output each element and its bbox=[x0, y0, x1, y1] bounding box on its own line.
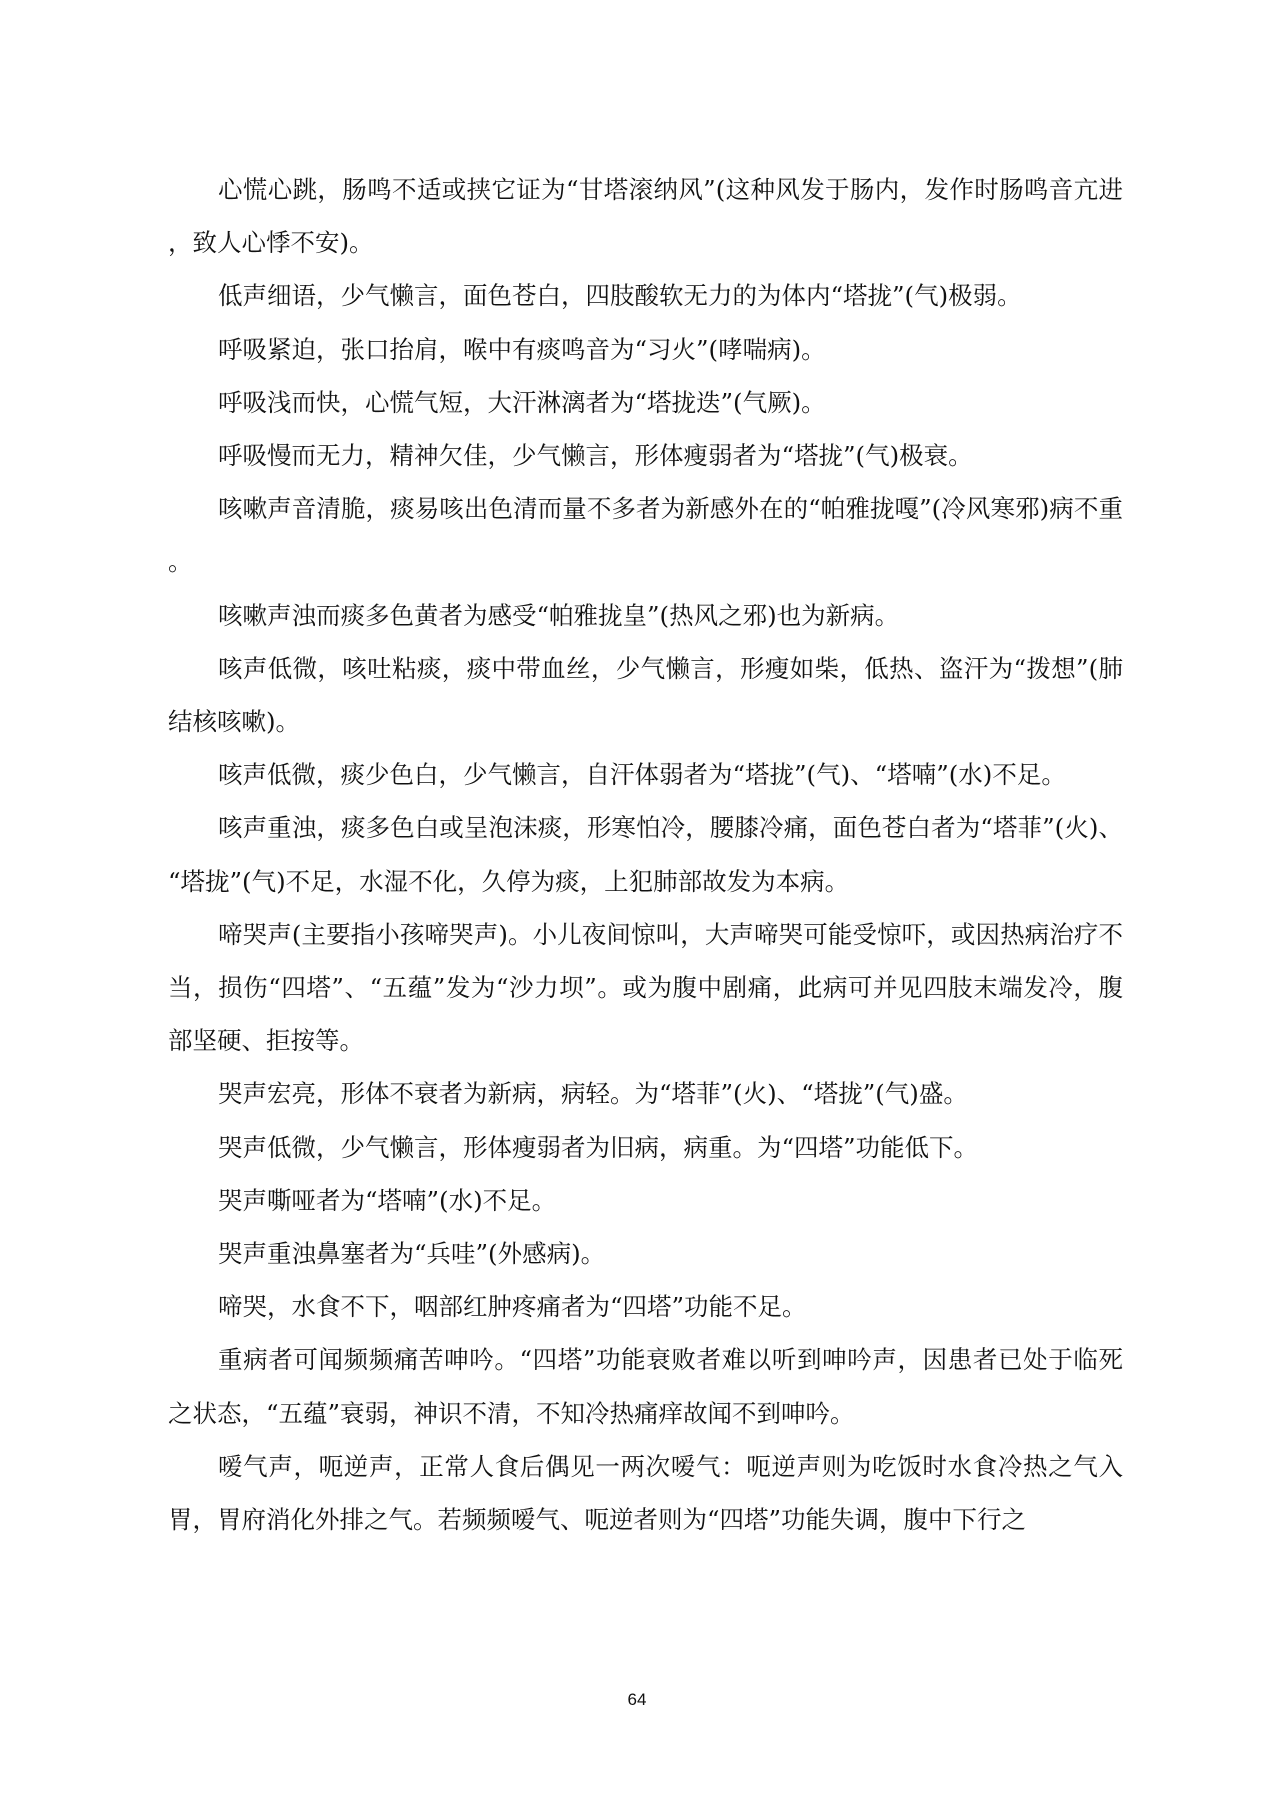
paragraph-weak-crying: 哭声低微，少气懒言，形体瘦弱者为旧病，病重。为“四塔”功能低下。 bbox=[168, 1121, 1123, 1174]
page-number: 64 bbox=[0, 1690, 1274, 1710]
paragraph-slow-breathing: 呼吸慢而无力，精神欠佳，少气懒言，形体瘦弱者为“塔拢”(气)极衰。 bbox=[168, 429, 1123, 482]
paragraph-shallow-breathing: 呼吸浅而快，心慌气短，大汗淋漓者为“塔拢迭”(气厥)。 bbox=[168, 376, 1123, 429]
paragraph-belching-hiccup: 嗳气声，呃逆声，正常人食后偶见一两次嗳气：呃逆声则为吃饭时水食冷热之气入胃，胃府… bbox=[168, 1440, 1123, 1546]
paragraph-hoarse-crying: 哭声嘶哑者为“塔喃”(水)不足。 bbox=[168, 1174, 1123, 1227]
paragraph-weak-cough-tb: 咳声低微，咳吐粘痰，痰中带血丝，少气懒言，形瘦如柴，低热、盗汗为“拨想”(肺结核… bbox=[168, 642, 1123, 748]
paragraph-heavy-cough: 咳声重浊，痰多色白或呈泡沫痰，形寒怕冷，腰膝冷痛，面色苍白者为“塔菲”(火)、“… bbox=[168, 801, 1123, 907]
paragraph-rapid-breathing: 呼吸紧迫，张口抬肩，喉中有痰鸣音为“习火”(哮喘病)。 bbox=[168, 323, 1123, 376]
paragraph-crying-children: 啼哭声(主要指小孩啼哭声)。小儿夜间惊叫，大声啼哭可能受惊吓，或因热病治疗不当，… bbox=[168, 908, 1123, 1068]
paragraph-loud-crying: 哭声宏亮，形体不衰者为新病，病轻。为“塔菲”(火)、“塔拢”(气)盛。 bbox=[168, 1067, 1123, 1120]
paragraph-weak-cough-deficiency: 咳声低微，痰少色白，少气懒言，自汗体弱者为“塔拢”(气)、“塔喃”(水)不足。 bbox=[168, 748, 1123, 801]
document-body: 心慌心跳，肠鸣不适或挟它证为“甘塔滚纳风”(这种风发于肠内，发作时肠鸣音亢进，致… bbox=[168, 163, 1123, 1546]
paragraph-crying-sore-throat: 啼哭，水食不下，咽部红肿疼痛者为“四塔”功能不足。 bbox=[168, 1280, 1123, 1333]
paragraph-clear-cough: 咳嗽声音清脆，痰易咳出色清而量不多者为新感外在的“帕雅拢嘎”(冷风寒邪)病不重。 bbox=[168, 482, 1123, 588]
paragraph-turbid-cough: 咳嗽声浊而痰多色黄者为感受“帕雅拢皇”(热风之邪)也为新病。 bbox=[168, 589, 1123, 642]
paragraph-low-voice: 低声细语，少气懒言，面色苍白，四肢酸软无力的为体内“塔拢”(气)极弱。 bbox=[168, 269, 1123, 322]
paragraph-palpitation: 心慌心跳，肠鸣不适或挟它证为“甘塔滚纳风”(这种风发于肠内，发作时肠鸣音亢进，致… bbox=[168, 163, 1123, 269]
paragraph-nasal-crying: 哭声重浊鼻塞者为“兵哇”(外感病)。 bbox=[168, 1227, 1123, 1280]
paragraph-groaning: 重病者可闻频频痛苦呻吟。“四塔”功能衰败者难以听到呻吟声，因患者已处于临死之状态… bbox=[168, 1333, 1123, 1439]
